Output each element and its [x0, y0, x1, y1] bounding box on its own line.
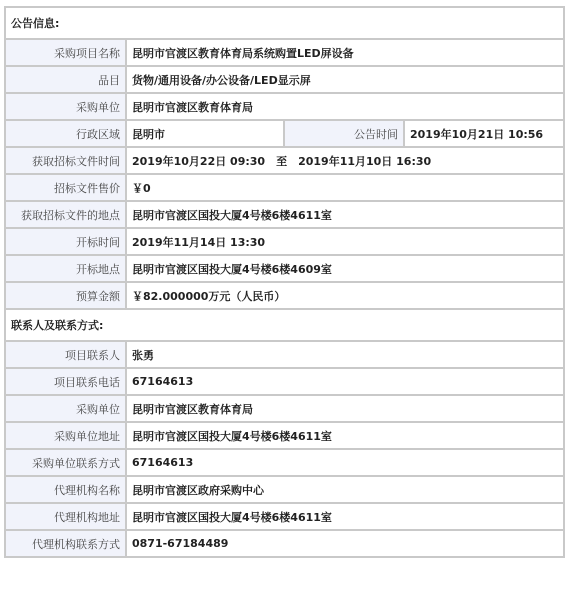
opening-location-label: 开标地点 [5, 255, 126, 282]
purchaser-unit-value: 昆明市官渡区教育体育局 [126, 395, 564, 422]
doc-location-value: 昆明市官渡区国投大厦4号楼6楼4611室 [126, 201, 564, 228]
table-row: 采购单位 昆明市官渡区教育体育局 [5, 395, 564, 422]
table-row: 获取招标文件的地点 昆明市官渡区国投大厦4号楼6楼4611室 [5, 201, 564, 228]
category-label: 品目 [5, 66, 126, 93]
table-row: 品目 货物/通用设备/办公设备/LED显示屏 [5, 66, 564, 93]
table-row: 代理机构地址 昆明市官渡区国投大厦4号楼6楼4611室 [5, 503, 564, 530]
contact-section-title: 联系人及联系方式: [5, 309, 564, 341]
table-row: 项目联系电话 67164613 [5, 368, 564, 395]
table-row: 代理机构名称 昆明市官渡区政府采购中心 [5, 476, 564, 503]
table-row: 开标地点 昆明市官渡区国投大厦4号楼6楼4609室 [5, 255, 564, 282]
doc-period-value: 2019年10月22日 09:30 至 2019年11月10日 16:30 [126, 147, 564, 174]
table-row: 行政区域 昆明市 公告时间 2019年10月21日 10:56 [5, 120, 564, 147]
budget-value: ￥82.000000万元（人民币） [126, 282, 564, 309]
agency-name-label: 代理机构名称 [5, 476, 126, 503]
procurement-info-panel: 公告信息: 采购项目名称 昆明市官渡区教育体育局系统购置LED屏设备 品目 货物… [4, 6, 564, 558]
table-row: 获取招标文件时间 2019年10月22日 09:30 至 2019年11月10日… [5, 147, 564, 174]
contact-person-value: 张勇 [126, 341, 564, 368]
announce-time-value: 2019年10月21日 10:56 [404, 120, 564, 147]
announcement-section-title: 公告信息: [5, 7, 564, 39]
purchaser-contact-label: 采购单位联系方式 [5, 449, 126, 476]
table-row: 采购项目名称 昆明市官渡区教育体育局系统购置LED屏设备 [5, 39, 564, 66]
purchaser-contact-value: 67164613 [126, 449, 564, 476]
category-value: 货物/通用设备/办公设备/LED显示屏 [126, 66, 564, 93]
purchaser-address-label: 采购单位地址 [5, 422, 126, 449]
agency-address-label: 代理机构地址 [5, 503, 126, 530]
purchaser-value: 昆明市官渡区教育体育局 [126, 93, 564, 120]
table-row: 采购单位地址 昆明市官渡区国投大厦4号楼6楼4611室 [5, 422, 564, 449]
purchaser-unit-label: 采购单位 [5, 395, 126, 422]
doc-price-value: ￥0 [126, 174, 564, 201]
table-row: 预算金额 ￥82.000000万元（人民币） [5, 282, 564, 309]
budget-label: 预算金额 [5, 282, 126, 309]
purchaser-address-value: 昆明市官渡区国投大厦4号楼6楼4611室 [126, 422, 564, 449]
doc-price-label: 招标文件售价 [5, 174, 126, 201]
agency-address-value: 昆明市官渡区国投大厦4号楼6楼4611室 [126, 503, 564, 530]
section-header-row: 公告信息: [5, 7, 564, 39]
doc-period-label: 获取招标文件时间 [5, 147, 126, 174]
contact-person-label: 项目联系人 [5, 341, 126, 368]
table-row: 项目联系人 张勇 [5, 341, 564, 368]
agency-name-value: 昆明市官渡区政府采购中心 [126, 476, 564, 503]
project-name-label: 采购项目名称 [5, 39, 126, 66]
agency-contact-label: 代理机构联系方式 [5, 530, 126, 557]
purchaser-label: 采购单位 [5, 93, 126, 120]
procurement-info-table: 公告信息: 采购项目名称 昆明市官渡区教育体育局系统购置LED屏设备 品目 货物… [4, 6, 565, 558]
announce-time-label: 公告时间 [284, 120, 404, 147]
table-row: 招标文件售价 ￥0 [5, 174, 564, 201]
table-row: 采购单位 昆明市官渡区教育体育局 [5, 93, 564, 120]
contact-phone-label: 项目联系电话 [5, 368, 126, 395]
table-row: 开标时间 2019年11月14日 13:30 [5, 228, 564, 255]
section-header-row: 联系人及联系方式: [5, 309, 564, 341]
table-row: 采购单位联系方式 67164613 [5, 449, 564, 476]
agency-contact-value: 0871-67184489 [126, 530, 564, 557]
opening-time-label: 开标时间 [5, 228, 126, 255]
contact-phone-value: 67164613 [126, 368, 564, 395]
region-label: 行政区域 [5, 120, 126, 147]
table-row: 代理机构联系方式 0871-67184489 [5, 530, 564, 557]
doc-location-label: 获取招标文件的地点 [5, 201, 126, 228]
region-value: 昆明市 [126, 120, 284, 147]
opening-location-value: 昆明市官渡区国投大厦4号楼6楼4609室 [126, 255, 564, 282]
project-name-value: 昆明市官渡区教育体育局系统购置LED屏设备 [126, 39, 564, 66]
opening-time-value: 2019年11月14日 13:30 [126, 228, 564, 255]
